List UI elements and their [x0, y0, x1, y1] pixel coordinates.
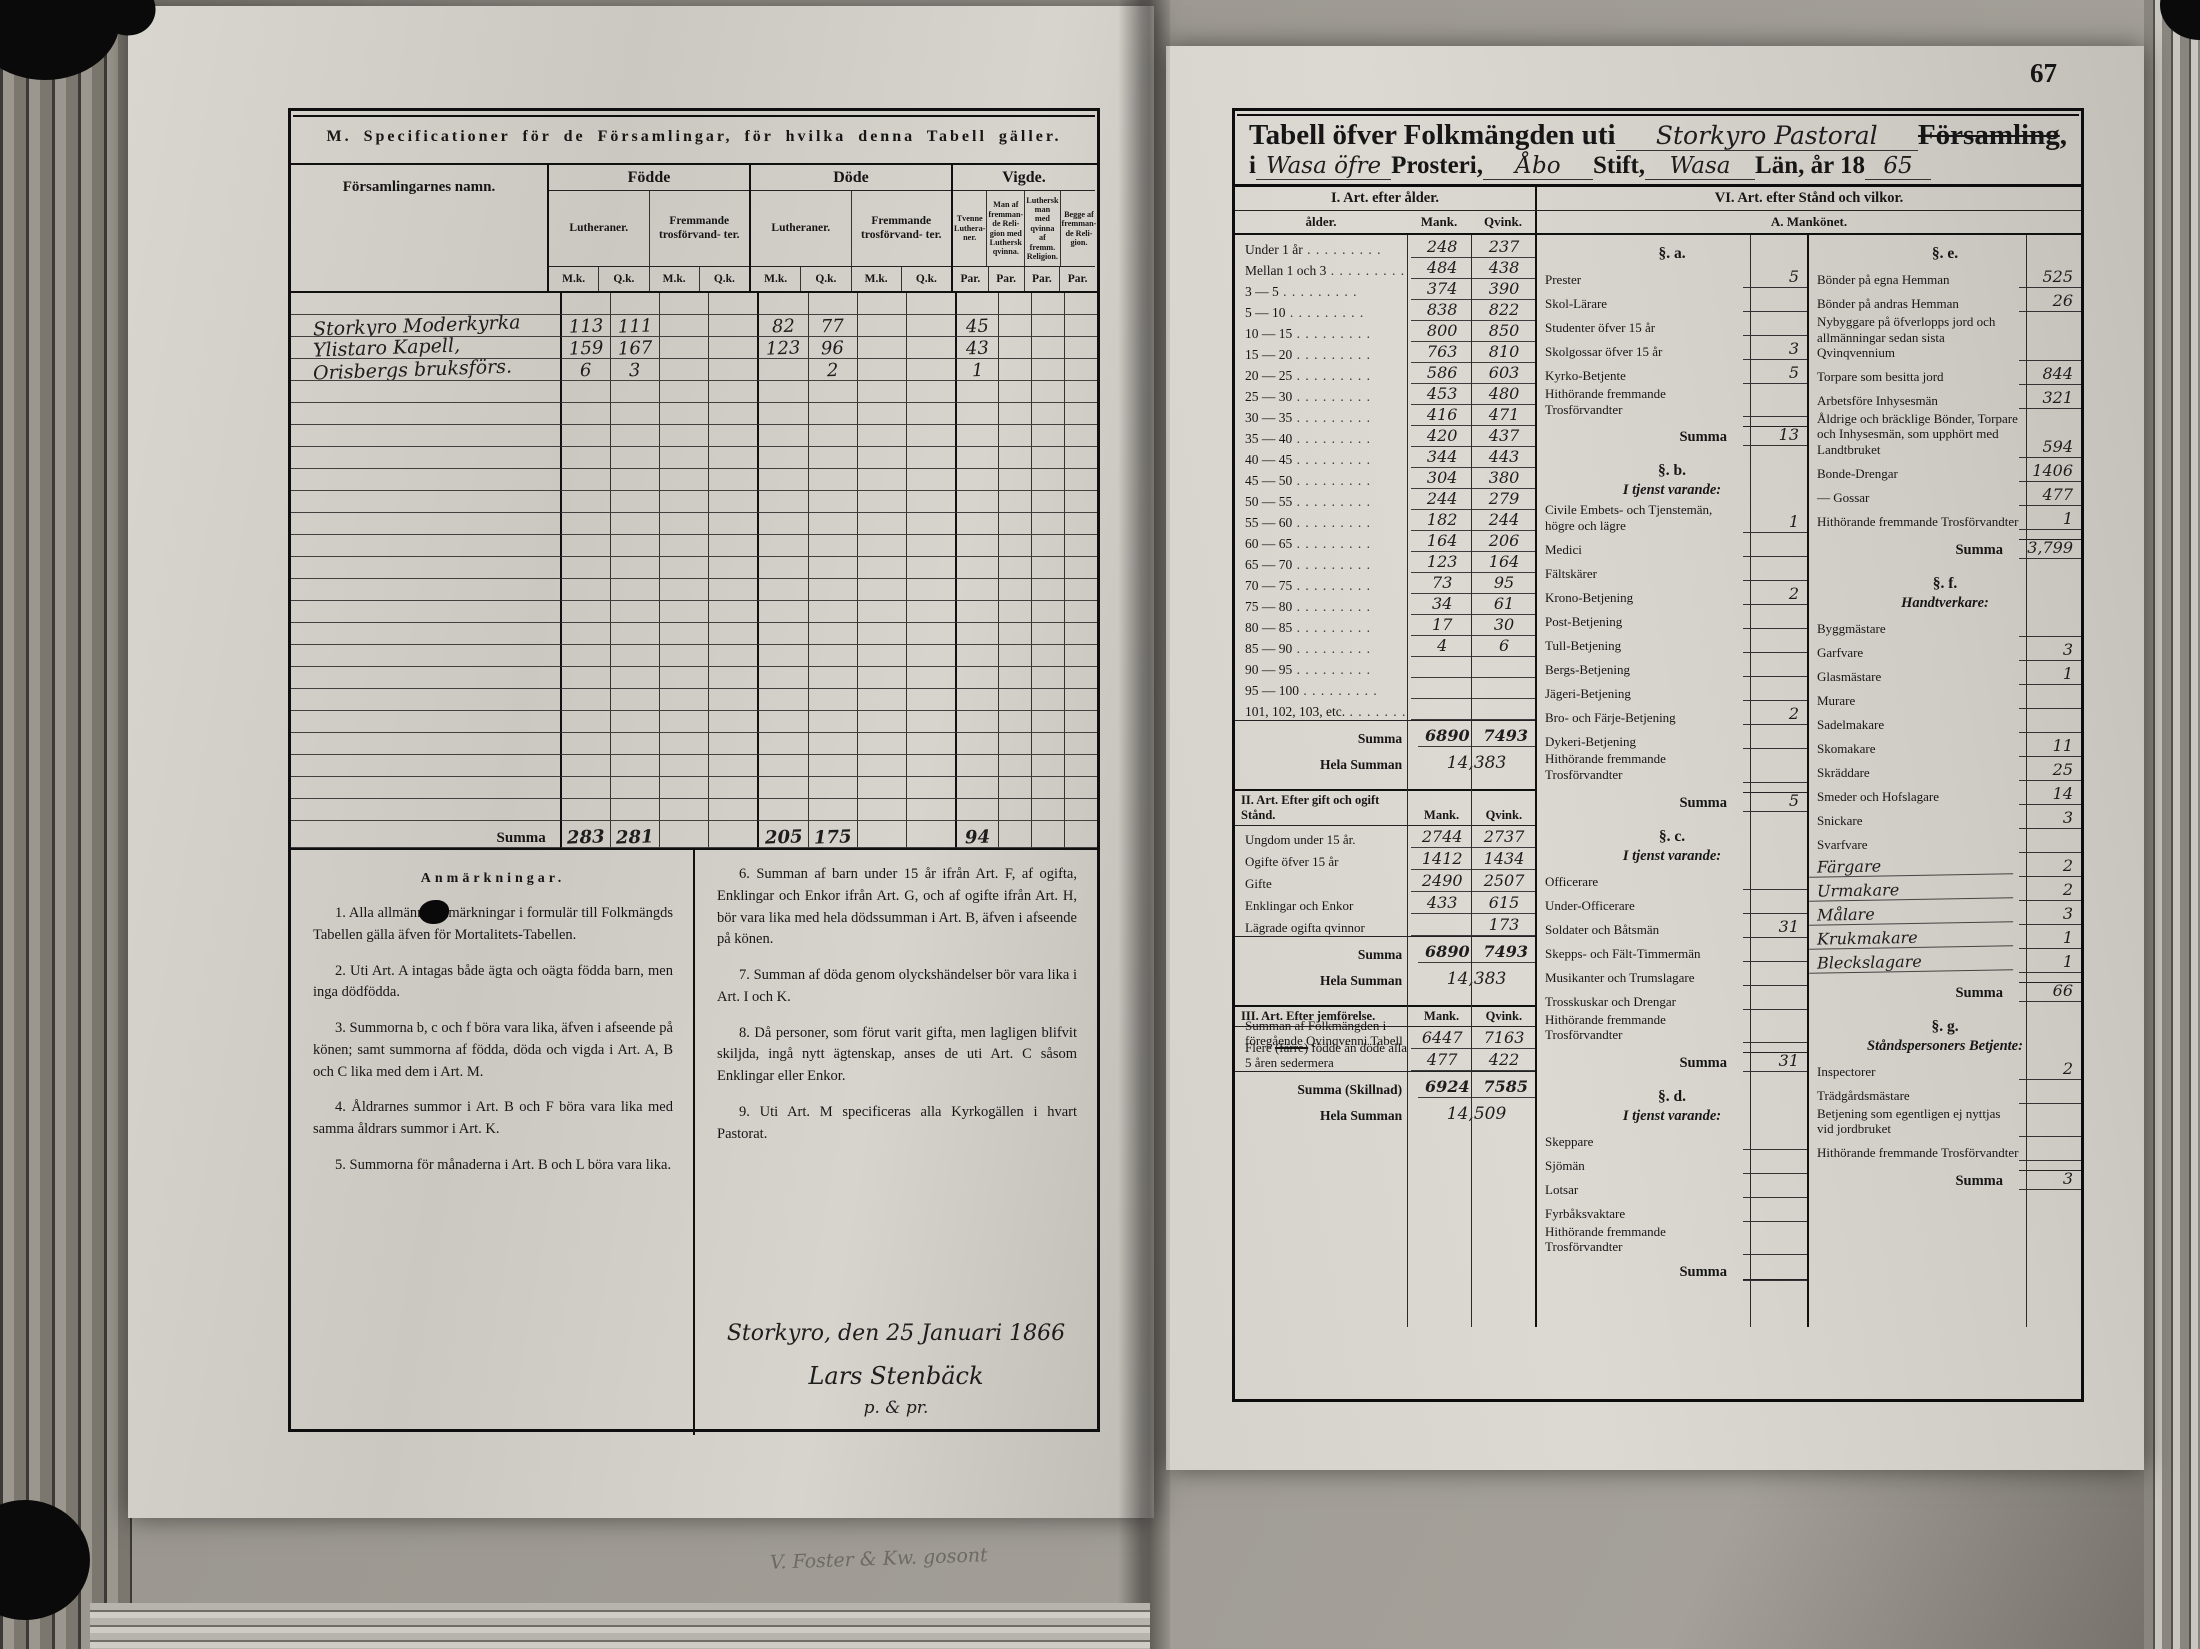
table-row: 95 — 100	[1235, 678, 1535, 699]
value-cell	[906, 469, 955, 491]
group-heading: §. c.	[1537, 828, 1807, 846]
parish-name-cell	[291, 425, 560, 447]
table-row: Skepps- och Fält-Timmermän	[1537, 939, 1807, 963]
parish-name-cell	[291, 381, 560, 403]
value-cell	[998, 601, 1032, 623]
value-cell	[757, 491, 807, 513]
value-cell: 30	[1473, 617, 1535, 636]
handwritten-value: 374	[1427, 279, 1458, 298]
handwritten-value: 6890	[1425, 942, 1470, 961]
table-row	[291, 425, 1097, 447]
value-cell	[2019, 852, 2081, 853]
table-row: 55 — 60182244	[1235, 510, 1535, 531]
signature-block: Storkyro, den 25 Januari 1866 Lars Stenb…	[695, 1317, 1097, 1422]
mkqk-row-fodde: M.k.Q.k.M.k.Q.k.	[549, 266, 749, 291]
value-cell: 844	[2019, 366, 2081, 385]
value-cell	[857, 491, 906, 513]
value-cell: 2	[2019, 1061, 2081, 1080]
group-subheading: I tjenst varande:	[1537, 848, 1807, 865]
value-cell	[659, 315, 708, 337]
value-cell	[1064, 293, 1097, 315]
row-label: 80 — 85	[1235, 620, 1411, 636]
value-cell	[708, 777, 757, 799]
row-label: Hithörande fremmande Trosförvandter	[1809, 514, 2019, 530]
value-cell: 2	[808, 359, 857, 381]
row-label: 15 — 20	[1235, 347, 1411, 363]
value-cell	[1743, 1009, 1807, 1010]
row-label: Summa	[1235, 731, 1418, 747]
value-cell: 6	[560, 359, 610, 381]
remarks-right-paras: 6. Summan af barn under 15 år ifrån Art.…	[717, 864, 1077, 1145]
table-row: Storkyro Moderkyrka113111827745	[291, 315, 1097, 337]
value-cell	[1031, 293, 1064, 315]
value-cell	[857, 667, 906, 689]
parish-name: Orisbergs bruksförs.	[313, 359, 513, 381]
handwritten-value: 422	[1489, 1050, 1520, 1069]
row-label: Under-Officerare	[1537, 898, 1743, 914]
value-cell	[610, 425, 659, 447]
row-label: Jägeri-Betjening	[1537, 686, 1743, 702]
value-cell: 14,509	[1418, 1104, 1535, 1124]
value-cell	[906, 821, 955, 848]
value-cell	[998, 645, 1032, 667]
value-cell	[906, 359, 955, 381]
value-cell: 416	[1411, 407, 1473, 426]
value-cell	[1743, 1221, 1807, 1222]
value-cell	[955, 799, 997, 821]
value-cell: 433	[1411, 895, 1473, 914]
handwritten-value: 2507	[1484, 871, 1525, 890]
value-cell	[857, 601, 906, 623]
table-row: Prester5	[1537, 265, 1807, 289]
table-row	[291, 667, 1097, 689]
table-row	[291, 535, 1097, 557]
handwritten-value: 43	[966, 340, 990, 359]
row-label: Byggmästare	[1809, 621, 2019, 637]
value-cell	[808, 777, 857, 799]
table-row: Snickare3	[1809, 806, 2081, 830]
row-label: 5 — 10	[1235, 305, 1411, 321]
title-printed-prosteri: Prosteri,	[1391, 152, 1483, 180]
table-row: Gifte24902507	[1235, 870, 1535, 892]
value-cell	[955, 755, 997, 777]
handwritten-dateline: Storkyro, den 25 Januari 1866	[695, 1317, 1097, 1350]
title-printed-i: i	[1249, 152, 1256, 180]
value-cell	[857, 513, 906, 535]
value-cell	[708, 469, 757, 491]
value-cell	[1743, 416, 1807, 417]
sub-col-header: M.k.	[549, 267, 598, 291]
value-cell	[560, 469, 610, 491]
table-row: Trädgårdsmästare	[1809, 1081, 2081, 1105]
value-cell	[906, 601, 955, 623]
row-label: Inspectorer	[1809, 1064, 2019, 1080]
value-cell	[659, 447, 708, 469]
row-label: 60 — 65	[1235, 536, 1411, 552]
title-handwritten-parish: Storkyro Pastoral	[1616, 121, 1918, 151]
row-label: 65 — 70	[1235, 557, 1411, 573]
value-cell	[757, 601, 807, 623]
section-header-row: II. Art. Efter gift och ogift Stånd.Mank…	[1235, 789, 1535, 826]
col-header-dode: Döde	[751, 165, 951, 191]
handwritten-value: 3	[2063, 1169, 2073, 1188]
row-label: 70 — 75	[1235, 578, 1411, 594]
value-cell	[808, 733, 857, 755]
handwritten-value: 94	[965, 829, 991, 848]
value-cell	[808, 755, 857, 777]
title-line-2: i Wasa öfre Prosteri, Åbo Stift, Wasa Lä…	[1249, 152, 2067, 180]
handwritten-value: 248	[1427, 237, 1458, 256]
value-cell	[659, 667, 708, 689]
value-cell: 1	[2019, 930, 2081, 949]
value-cell: 477	[1411, 1052, 1473, 1071]
row-label: Bro- och Färje-Betjening	[1537, 710, 1743, 726]
parish-name-cell	[291, 777, 560, 799]
value-cell	[955, 425, 997, 447]
row-label: Mellan 1 och 3	[1235, 263, 1411, 279]
handwritten-value: 281	[616, 828, 654, 847]
table-row	[291, 469, 1097, 491]
value-cell	[1031, 821, 1064, 848]
value-cell	[955, 447, 997, 469]
value-cell	[708, 359, 757, 381]
page-stack-left-edge	[0, 0, 132, 1649]
left-table-title: M. Specificationer för de Församlingar, …	[291, 111, 1097, 165]
value-cell	[708, 755, 757, 777]
parish-name-cell	[291, 711, 560, 733]
col-header-fremmande: Fremmande trosförvand- ter.	[649, 191, 750, 266]
value-cell: 380	[1473, 470, 1535, 489]
title-printed-ar: Län, år 18	[1755, 152, 1865, 180]
summa-row: Summa68907493	[1235, 720, 1535, 747]
value-cell	[1743, 580, 1807, 581]
value-cell	[659, 689, 708, 711]
value-cell: 344	[1411, 449, 1473, 468]
col-header-qvink: Qvink.	[1471, 211, 1537, 233]
row-label: Bleckslagare	[1809, 951, 2013, 975]
value-cell: 14	[2019, 786, 2081, 805]
value-cell: 2490	[1411, 873, 1473, 892]
hela-summan-row: Hela Summan14,383	[1235, 963, 1535, 989]
value-cell	[1064, 359, 1097, 381]
value-cell	[757, 777, 807, 799]
vigde-sub-col-header: Man af fremman- de Reli- gion med Luther…	[986, 191, 1024, 266]
value-cell	[757, 645, 807, 667]
right-page: Tabell öfver Folkmängden uti Storkyro Pa…	[1166, 46, 2144, 1470]
hela-summan-row: Hela Summan14,509	[1235, 1098, 1535, 1124]
parish-name-cell	[291, 667, 560, 689]
table-row: 85 — 9046	[1235, 636, 1535, 657]
sub-col-header: M.k.	[851, 267, 901, 291]
value-cell	[906, 403, 955, 425]
table-row: Trosskuskar och Drengar	[1537, 987, 1807, 1011]
value-cell: 453	[1411, 386, 1473, 405]
value-cell: 525	[2019, 269, 2081, 288]
value-cell	[757, 469, 807, 491]
value-cell	[906, 777, 955, 799]
table-row	[291, 557, 1097, 579]
table-row: Orisbergs bruksförs.6321	[291, 359, 1097, 381]
value-cell: 3	[1743, 341, 1807, 360]
value-cell	[808, 711, 857, 733]
table-row: 5 — 10838822	[1235, 300, 1535, 321]
value-cell	[1064, 667, 1097, 689]
value-cell	[998, 777, 1032, 799]
value-cell: 113	[560, 315, 610, 337]
handwritten-value: 66	[2053, 981, 2073, 1000]
pencil-note: V. Foster & Kw. gosont	[770, 1544, 988, 1574]
value-cell	[1031, 799, 1064, 821]
table-row: Arbetsföre Inhysesmän321	[1809, 386, 2081, 410]
handwritten-value: 31	[1779, 1051, 1799, 1070]
row-label: Lotsar	[1537, 1182, 1743, 1198]
value-cell	[1031, 667, 1064, 689]
value-cell	[1031, 777, 1064, 799]
table-row: 3 — 5374390	[1235, 279, 1535, 300]
value-cell	[708, 293, 757, 315]
handwritten-value: 159	[568, 339, 603, 358]
value-cell	[808, 579, 857, 601]
parish-name-cell	[291, 733, 560, 755]
value-cell	[659, 425, 708, 447]
value-cell: 594	[2019, 439, 2081, 458]
summa-row: Summa68907493	[1235, 936, 1535, 963]
value-cell: 586	[1411, 365, 1473, 384]
value-cell	[1031, 645, 1064, 667]
table-row	[291, 689, 1097, 711]
value-cell	[708, 403, 757, 425]
value-cell	[708, 733, 757, 755]
table-row: Smeder och Hofslagare14	[1809, 782, 2081, 806]
value-cell	[560, 777, 610, 799]
right-table-title: Tabell öfver Folkmängden uti Storkyro Pa…	[1235, 111, 2081, 187]
row-label: Bergs-Betjening	[1537, 662, 1743, 678]
value-cell	[757, 667, 807, 689]
parish-name-cell	[291, 513, 560, 535]
sub-col-header: M.k.	[649, 267, 699, 291]
value-cell	[708, 425, 757, 447]
value-cell: 2744	[1411, 829, 1473, 848]
table-row: Betjening som egentligen ej nyttjas vid …	[1809, 1105, 2081, 1138]
par-row-vigde: Par.Par.Par.Par.	[953, 266, 1095, 291]
handwritten-value: 1	[971, 362, 983, 380]
sub-col-header: Par.	[988, 267, 1024, 291]
column-headers: ålder. Mank. Qvink. A. Mankönet.	[1235, 211, 2081, 235]
value-cell	[906, 799, 955, 821]
value-cell	[1031, 601, 1064, 623]
value-cell	[1743, 628, 1807, 629]
table-row: Mellan 1 och 3484438	[1235, 258, 1535, 279]
row-label: Trosskuskar och Drengar	[1537, 994, 1743, 1010]
value-cell	[1031, 359, 1064, 381]
age-and-civil-status-column: Under 1 år248237Mellan 1 och 34844383 — …	[1235, 235, 1535, 1327]
value-cell	[857, 755, 906, 777]
value-cell: 206	[1473, 533, 1535, 552]
row-label: Musikanter och Trumslagare	[1537, 970, 1743, 986]
handwritten-value: 3	[629, 362, 641, 380]
value-cell: 31	[1743, 919, 1807, 938]
value-cell: 2	[2019, 882, 2081, 901]
table-row: 20 — 25586603	[1235, 363, 1535, 384]
value-cell: 2	[1743, 586, 1807, 605]
col-group-dode: Döde Lutheraner. Fremmande trosförvand- …	[749, 165, 951, 291]
value-cell	[708, 513, 757, 535]
handwritten-value: 1434	[1484, 849, 1525, 868]
row-label: Smeder och Hofslagare	[1809, 789, 2019, 805]
handwritten-value: 437	[1489, 426, 1520, 445]
right-table-body: Under 1 år248237Mellan 1 och 34844383 — …	[1235, 235, 2081, 1327]
table-row: Garfvare3	[1809, 638, 2081, 662]
group-heading: §. a.	[1537, 245, 1807, 263]
sub-col-header: Q.k.	[598, 267, 648, 291]
row-label: Arbetsföre Inhysesmän	[1809, 393, 2019, 409]
value-cell	[610, 293, 659, 315]
remark-paragraph: 6. Summan af barn under 15 år ifrån Art.…	[717, 864, 1077, 951]
col-group-fodde: Födde Lutheraner. Fremmande trosförvand-…	[547, 165, 749, 291]
value-cell: 5	[1743, 365, 1807, 384]
handwritten-value: 850	[1489, 321, 1520, 340]
page-number: 67	[2030, 58, 2057, 89]
row-label: Bönder på andras Hemman	[1809, 296, 2019, 312]
value-cell: 281	[610, 821, 659, 848]
handwritten-value: 6	[580, 362, 592, 380]
table-row: 75 — 803461	[1235, 594, 1535, 615]
value-cell	[2019, 1160, 2081, 1161]
table-row: Nybyggare på öfverlopps jord och allmänn…	[1809, 313, 2081, 362]
value-cell	[955, 689, 997, 711]
value-cell	[808, 469, 857, 491]
value-cell	[955, 513, 997, 535]
row-label: Civile Embets- och Tjenstemän, högre och…	[1537, 502, 1743, 533]
value-cell: 3	[610, 359, 659, 381]
value-cell	[659, 799, 708, 821]
group-heading: §. b.	[1537, 462, 1807, 480]
value-cell	[560, 381, 610, 403]
group-subheading: I tjenst varande:	[1537, 482, 1807, 499]
handwritten-value: 82	[772, 318, 796, 337]
value-cell	[1064, 469, 1097, 491]
table-row: Hithörande fremmande Trosförvandter	[1537, 1223, 1807, 1256]
summa-row: Summa5	[1537, 792, 1807, 812]
summa-row: Summa28328120517594	[291, 821, 1097, 848]
handwritten-value: 6447	[1422, 1028, 1463, 1047]
value-cell	[708, 601, 757, 623]
handwritten-value: 5	[1789, 363, 1799, 382]
handwritten-value: 31	[1779, 917, 1799, 936]
value-cell	[1743, 311, 1807, 312]
table-row	[291, 491, 1097, 513]
value-cell	[659, 755, 708, 777]
table-row: Under-Officerare	[1537, 891, 1807, 915]
table-row: 65 — 70123164	[1235, 552, 1535, 573]
handwritten-value: 6	[1499, 636, 1509, 655]
row-label: 50 — 55	[1235, 494, 1411, 510]
group-heading: §. d.	[1537, 1088, 1807, 1106]
value-cell	[955, 469, 997, 491]
value-cell	[708, 381, 757, 403]
value-cell: 164	[1411, 533, 1473, 552]
value-cell	[708, 689, 757, 711]
value-cell	[610, 755, 659, 777]
vigde-subheaders: Tvenne Luthera- ner.Man af fremman- de R…	[953, 191, 1095, 266]
table-row: Fyrbåksvaktare	[1537, 1199, 1807, 1223]
value-cell	[998, 315, 1032, 337]
remarks-section: Anmärkningar. 1. Alla allmänna anmärknin…	[291, 848, 1097, 1435]
value-cell	[906, 293, 955, 315]
table-row	[291, 403, 1097, 425]
remark-paragraph: 8. Då personer, som förut varit gifta, m…	[717, 1023, 1077, 1088]
handwritten-value: 2737	[1484, 827, 1525, 846]
summa-row: Summa3,799	[1809, 539, 2081, 559]
row-label: Hithörande fremmande Trosförvandter	[1537, 1224, 1743, 1255]
value-cell	[1743, 1173, 1807, 1174]
handwritten-value: 73	[1432, 573, 1452, 592]
remark-paragraph: 9. Uti Art. M specificeras alla Kyrkogäl…	[717, 1102, 1077, 1146]
value-cell	[955, 535, 997, 557]
value-cell	[757, 755, 807, 777]
group-heading: §. f.	[1809, 575, 2081, 593]
value-cell	[1064, 337, 1097, 359]
value-cell: 3	[2019, 906, 2081, 925]
value-cell	[808, 447, 857, 469]
row-label: Urmakare	[1809, 879, 2013, 903]
value-cell: 1412	[1411, 851, 1473, 870]
value-cell: 484	[1411, 260, 1473, 279]
value-cell: 25	[2019, 762, 2081, 781]
table-row: 25 — 30453480	[1235, 384, 1535, 405]
value-cell	[757, 447, 807, 469]
value-cell: 173	[1473, 917, 1535, 936]
parish-name-cell: Summa	[291, 821, 560, 848]
handwritten-value: 453	[1427, 384, 1458, 403]
population-table: Tabell öfver Folkmängden uti Storkyro Pa…	[1232, 108, 2084, 1402]
value-cell	[906, 381, 955, 403]
handwritten-value: 844	[2042, 364, 2073, 383]
value-cell	[659, 513, 708, 535]
value-cell	[659, 645, 708, 667]
table-row: Sjömän	[1537, 1151, 1807, 1175]
value-cell	[610, 557, 659, 579]
value-cell: 477	[2019, 487, 2081, 506]
row-label: Enklingar och Enkor	[1235, 899, 1411, 914]
handwritten-value: 525	[2042, 267, 2073, 286]
table-row: 80 — 851730	[1235, 615, 1535, 636]
table-row: Sadelmakare	[1809, 710, 2081, 734]
table-row: 15 — 20763810	[1235, 342, 1535, 363]
row-label: Garfvare	[1809, 645, 2019, 661]
value-cell: 6	[1473, 638, 1535, 657]
value-cell: 14,383	[1418, 753, 1535, 773]
summa-label: Summa	[1537, 1264, 1743, 1281]
row-label: Hithörande fremmande Trosförvandter	[1809, 1145, 2019, 1161]
handwritten-value: 1	[2063, 928, 2073, 947]
value-cell: 123	[757, 337, 807, 359]
handwritten-value: 344	[1427, 447, 1458, 466]
col-group-vigde: Vigde. Tvenne Luthera- ner.Man af fremma…	[951, 165, 1095, 291]
row-label: Bönder på egna Hemman	[1809, 272, 2019, 288]
value-cell	[659, 711, 708, 733]
value-cell	[955, 601, 997, 623]
value-cell	[1743, 335, 1807, 336]
table-row: Skol-Lärare	[1537, 289, 1807, 313]
handwritten-value: 164	[1427, 531, 1458, 550]
value-cell	[1064, 799, 1097, 821]
value-cell: 96	[808, 337, 857, 359]
handwritten-value: 2	[1789, 704, 1799, 723]
value-cell: 480	[1473, 386, 1535, 405]
handwritten-value: 95	[1494, 573, 1514, 592]
table-row: Skomakare11	[1809, 734, 2081, 758]
